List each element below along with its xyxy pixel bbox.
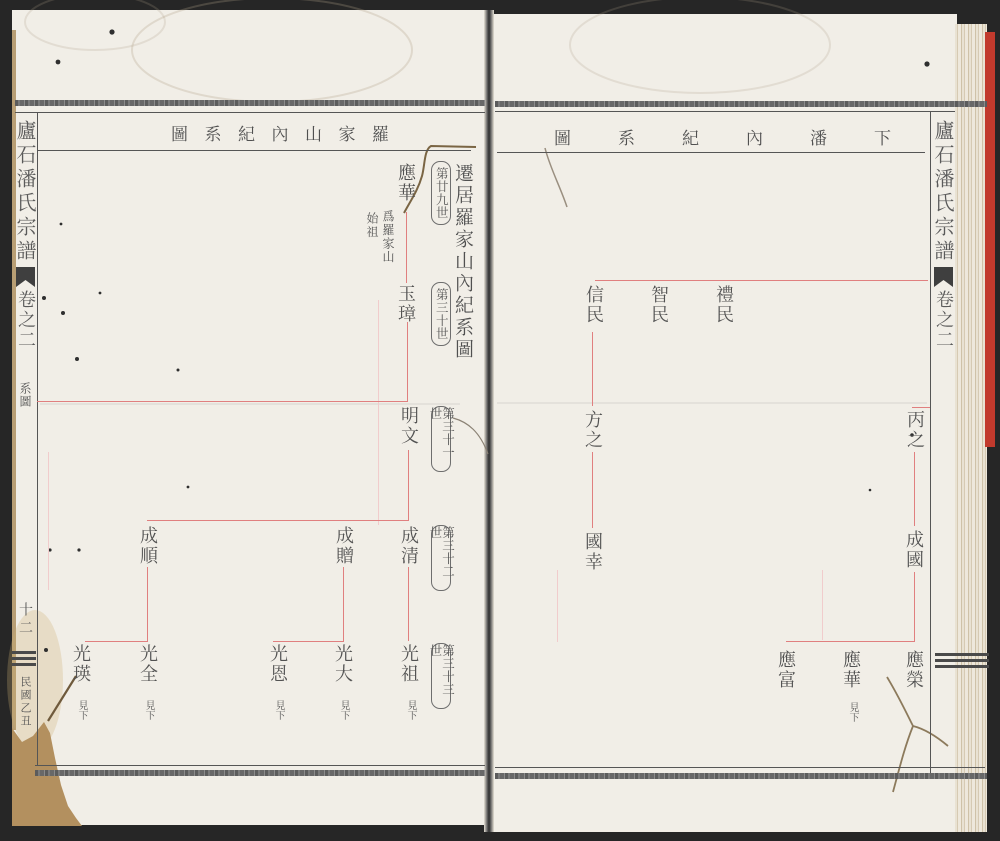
section-label: 系圖 <box>19 382 31 408</box>
person-name: 國幸 <box>583 532 601 572</box>
header-underline-right <box>497 152 925 153</box>
person-name: 成順 <box>138 526 156 566</box>
edition-label: 民國乙丑 <box>20 676 31 728</box>
person-name: 成國 <box>904 530 922 570</box>
bleed-through-line <box>557 570 558 642</box>
person-name: 禮民 <box>714 285 732 325</box>
lineage-line <box>406 212 407 283</box>
book-title-left-margin: 廬石潘氏宗譜 <box>15 120 35 264</box>
see-below-mark: 見下 <box>847 702 857 722</box>
fold-line <box>497 402 927 404</box>
person-name: 成贈 <box>334 526 352 566</box>
person-note: 始祖 <box>366 212 378 239</box>
bleed-through-line <box>378 300 379 525</box>
header-char: 紀 <box>238 127 255 144</box>
bleed-through-line <box>48 452 49 590</box>
page-number: 十二 <box>18 602 32 638</box>
generation-label: 第三十二世 <box>431 525 451 591</box>
lineage-line <box>914 572 915 642</box>
person-name: 應富 <box>776 650 794 690</box>
fold-line <box>40 403 460 405</box>
lineage-line <box>407 322 408 402</box>
header-char: 內 <box>272 127 289 144</box>
margin-bar <box>935 653 989 656</box>
person-name: 信民 <box>584 285 602 325</box>
header-char: 系 <box>205 127 222 144</box>
right-page-header: 下潘內紀系圖 <box>554 131 891 148</box>
red-book-edge <box>985 32 995 447</box>
generation-label-text: 第三十世 <box>435 288 448 340</box>
person-name: 光恩 <box>268 644 286 684</box>
header-char: 圖 <box>554 131 571 148</box>
person-name: 玉璋 <box>396 284 414 324</box>
lineage-line <box>147 567 148 641</box>
volume-label-right: 卷之二 <box>934 290 952 350</box>
person-name: 光大 <box>333 644 351 684</box>
page-stack-edge <box>955 24 987 832</box>
lineage-line <box>592 332 593 406</box>
see-below-mark: 見下 <box>273 700 283 720</box>
book-title-right-margin: 廬石潘氏宗譜 <box>933 120 953 264</box>
lineage-line <box>408 450 409 521</box>
lineage-line <box>147 520 409 521</box>
header-char: 紀 <box>682 131 699 148</box>
generation-label: 第三十一世 <box>431 406 451 472</box>
header-char: 內 <box>746 131 763 148</box>
header-char: 系 <box>618 131 635 148</box>
header-char: 羅 <box>372 127 389 144</box>
person-name: 光瑛 <box>71 644 89 684</box>
person-name: 明文 <box>399 406 417 446</box>
bleed-through-line <box>822 570 823 640</box>
margin-bar <box>935 665 989 668</box>
header-char: 家 <box>339 127 356 144</box>
lineage-line <box>273 641 344 642</box>
bottom-thick-rule-right <box>495 773 987 779</box>
person-name: 丙之 <box>905 410 923 450</box>
person-name: 應榮 <box>904 650 922 690</box>
header-char: 圖 <box>171 127 188 144</box>
person-name: 應華 <box>841 650 859 690</box>
margin-bar <box>12 651 36 654</box>
margin-bar <box>12 663 36 666</box>
person-name: 成清 <box>399 526 417 566</box>
see-below-mark: 見下 <box>405 700 415 720</box>
generation-label-text: 第廿九世 <box>435 167 448 219</box>
header-underline-left <box>37 150 471 151</box>
person-name: 智民 <box>649 285 667 325</box>
bottom-thin-rule-right <box>495 767 985 768</box>
chart-title: 遷居羅家山內紀系圖 <box>453 163 472 361</box>
lineage-line <box>343 567 344 641</box>
margin-divider-left <box>37 113 38 765</box>
person-name: 光全 <box>138 644 156 684</box>
generation-label-text: 第三十二世 <box>429 526 454 590</box>
bottom-thick-rule-left <box>35 770 485 776</box>
person-name: 光祖 <box>399 644 417 684</box>
lineage-line <box>37 401 408 402</box>
person-note: 爲羅家山 <box>382 210 394 264</box>
generation-label-text: 第三十一世 <box>429 407 454 471</box>
header-char: 山 <box>305 127 322 144</box>
person-name: 應華 <box>396 163 414 203</box>
generation-label: 第三十世 <box>431 282 451 346</box>
bottom-thin-rule-left <box>35 765 485 766</box>
see-below-mark: 見下 <box>76 700 86 720</box>
lineage-line <box>786 641 915 642</box>
gutter-shadow <box>484 10 494 832</box>
lineage-line <box>85 641 148 642</box>
volume-label-left: 卷之二 <box>16 290 34 350</box>
top-thin-rule-left <box>15 112 485 113</box>
person-name: 方之 <box>583 410 601 450</box>
header-char: 潘 <box>810 131 827 148</box>
lineage-line <box>912 407 930 408</box>
left-page-header: 羅家山內紀系圖 <box>171 127 389 144</box>
lineage-line <box>408 567 409 641</box>
top-thick-rule-left <box>15 100 485 106</box>
margin-bar <box>935 659 989 662</box>
see-below-mark: 見下 <box>338 700 348 720</box>
margin-bar <box>12 657 36 660</box>
top-thin-rule-right <box>495 111 955 112</box>
see-below-mark: 見下 <box>143 700 153 720</box>
lineage-line <box>595 280 928 281</box>
generation-label: 第廿九世 <box>431 161 451 225</box>
generation-label-text: 第三十三世 <box>429 644 454 708</box>
top-thick-rule-right <box>495 101 987 107</box>
lineage-line <box>914 452 915 526</box>
lineage-line <box>592 452 593 528</box>
header-char: 下 <box>874 131 891 148</box>
generation-label: 第三十三世 <box>431 643 451 709</box>
